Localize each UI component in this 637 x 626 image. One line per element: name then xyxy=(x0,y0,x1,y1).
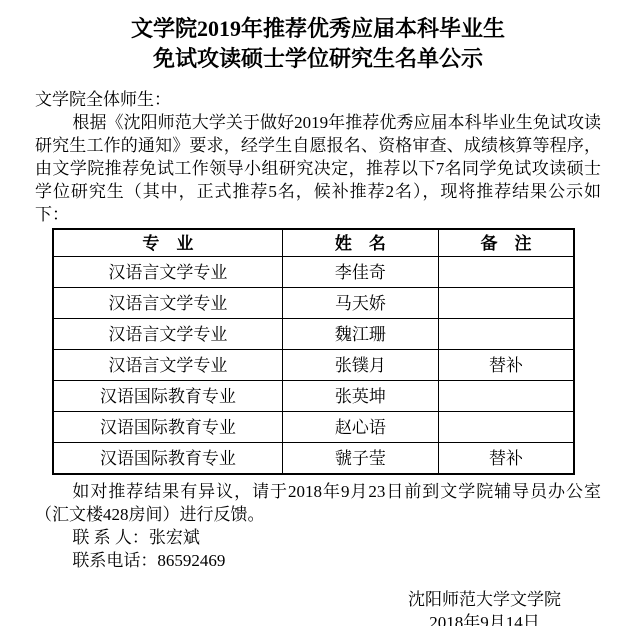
name-cell: 张英坤 xyxy=(282,381,438,412)
table-row: 汉语言文学专业 魏江珊 xyxy=(53,319,574,350)
remark-cell: 替补 xyxy=(439,350,574,381)
table-row: 汉语国际教育专业 赵心语 xyxy=(53,412,574,443)
title-line-2: 免试攻读硕士学位研究生名单公示 xyxy=(153,46,483,71)
name-cell: 马天娇 xyxy=(282,288,438,319)
name-cell: 魏江珊 xyxy=(282,319,438,350)
table-header-row: 专 业 姓 名 备 注 xyxy=(53,229,574,257)
column-header-remark: 备 注 xyxy=(439,229,574,257)
remark-cell xyxy=(439,288,574,319)
intro-paragraph: 根据《沈阳师范大学关于做好2019年推荐优秀应届本科毕业生免试攻读研究生工作的通… xyxy=(35,111,601,226)
major-cell: 汉语国际教育专业 xyxy=(53,381,282,412)
title-line-1: 文学院2019年推荐优秀应届本科毕业生 xyxy=(131,16,505,41)
table-row: 汉语言文学专业 马天娇 xyxy=(53,288,574,319)
announcement-document: 文学院2019年推荐优秀应届本科毕业生 免试攻读硕士学位研究生名单公示 文学院全… xyxy=(0,0,637,626)
document-body: 文学院全体师生： 根据《沈阳师范大学关于做好2019年推荐优秀应届本科毕业生免试… xyxy=(35,88,601,626)
major-cell: 汉语言文学专业 xyxy=(53,350,282,381)
contact-phone: 联系电话：86592469 xyxy=(35,549,601,572)
remark-cell: 替补 xyxy=(439,443,574,475)
name-cell: 李佳奇 xyxy=(282,257,438,288)
remark-cell xyxy=(439,381,574,412)
remark-cell xyxy=(439,412,574,443)
major-cell: 汉语言文学专业 xyxy=(53,319,282,350)
table-row: 汉语国际教育专业 虢子莹 替补 xyxy=(53,443,574,475)
contact-person: 联 系 人：张宏斌 xyxy=(35,526,601,549)
table-row: 汉语言文学专业 李佳奇 xyxy=(53,257,574,288)
remark-cell xyxy=(439,257,574,288)
feedback-note: 如对推荐结果有异议，请于2018年9月23日前到文学院辅导员办公室（汇文楼428… xyxy=(35,480,601,526)
table-row: 汉语言文学专业 张镤月 替补 xyxy=(53,350,574,381)
major-cell: 汉语言文学专业 xyxy=(53,288,282,319)
major-cell: 汉语言文学专业 xyxy=(53,257,282,288)
table-row: 汉语国际教育专业 张英坤 xyxy=(53,381,574,412)
recommendation-table: 专 业 姓 名 备 注 汉语言文学专业 李佳奇 汉语言文学专业 马天娇 汉语言文 xyxy=(52,228,575,475)
name-cell: 赵心语 xyxy=(282,412,438,443)
major-cell: 汉语国际教育专业 xyxy=(53,412,282,443)
column-header-name: 姓 名 xyxy=(282,229,438,257)
remark-cell xyxy=(439,319,574,350)
date: 2018年9月14日 xyxy=(408,611,561,626)
signature: 沈阳师范大学文学院 xyxy=(408,588,561,611)
name-cell: 虢子莹 xyxy=(282,443,438,475)
signature-block: 沈阳师范大学文学院 2018年9月14日 xyxy=(408,588,561,626)
major-cell: 汉语国际教育专业 xyxy=(53,443,282,475)
page-title: 文学院2019年推荐优秀应届本科毕业生 免试攻读硕士学位研究生名单公示 xyxy=(35,14,601,74)
column-header-major: 专 业 xyxy=(53,229,282,257)
name-cell: 张镤月 xyxy=(282,350,438,381)
salutation: 文学院全体师生： xyxy=(35,88,601,111)
